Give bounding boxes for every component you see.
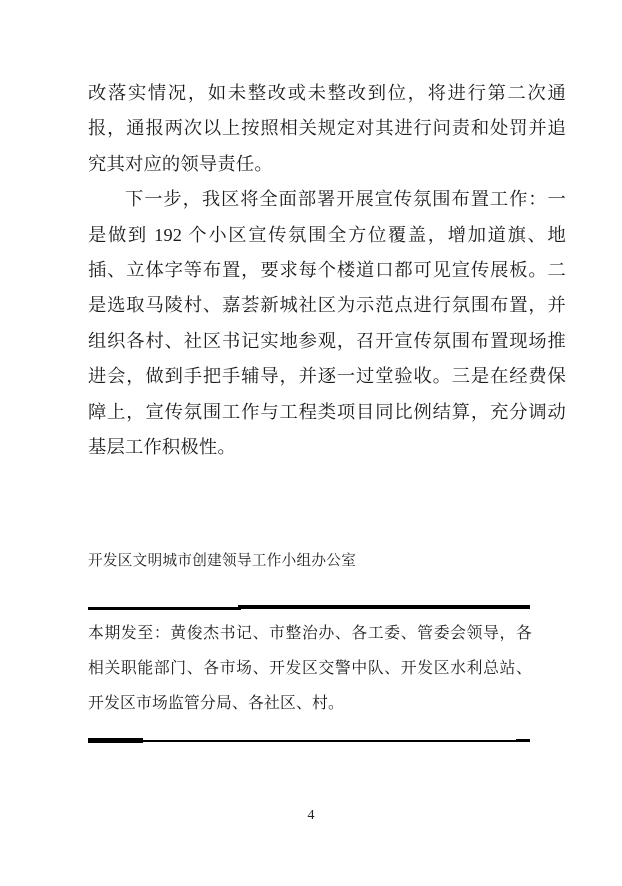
body-paragraph-continuation: 改落实情况，如未整改或未整改到位，将进行第二次通报，通报两次以上按照相关规定对其…: [88, 76, 566, 182]
distribution-note: 本期发至：黄俊杰书记、市整治办、各工委、管委会领导，各相关职能部门、各市场、开发…: [88, 616, 532, 721]
page-number: 4: [0, 808, 622, 824]
divider-segment: [88, 738, 143, 743]
issuer-office-line: 开发区文明城市创建领导工作小组办公室: [88, 551, 356, 572]
divider-segment: [238, 605, 530, 608]
divider-segment: [516, 739, 530, 742]
divider-rule-bottom: [88, 738, 530, 744]
body-paragraph-next-steps: 下一步，我区将全面部署开展宣传氛围布置工作：一是做到 192 个小区宣传氛围全方…: [88, 182, 566, 465]
document-page: 改落实情况，如未整改或未整改到位，将进行第二次通报，通报两次以上按照相关规定对其…: [0, 0, 622, 886]
divider-segment: [88, 607, 241, 610]
divider-rule-top: [88, 605, 530, 610]
divider-segment: [88, 740, 530, 743]
document-body: 改落实情况，如未整改或未整改到位，将进行第二次通报，通报两次以上按照相关规定对其…: [88, 76, 566, 465]
